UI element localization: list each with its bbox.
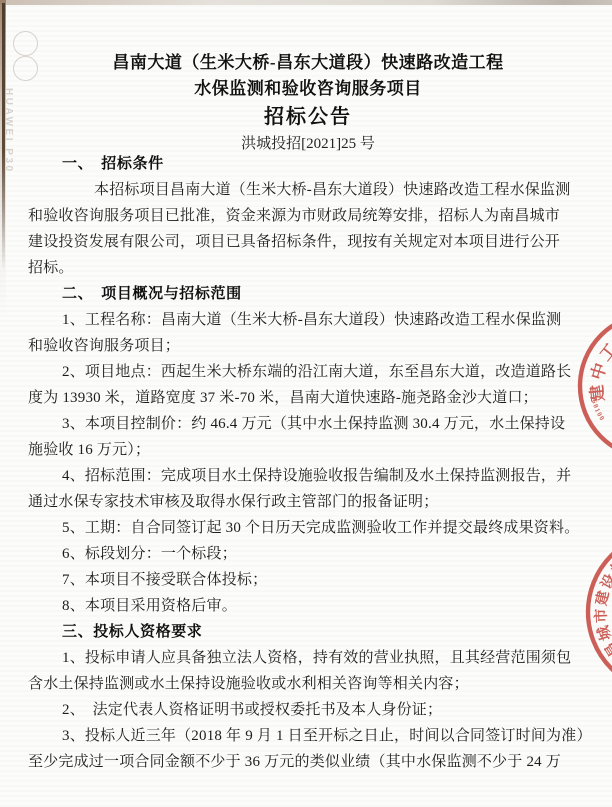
photo-edge-top [0,0,612,5]
announcement-title: 招标公告 [28,102,588,132]
text-line: 含水土保持监测或水土保持设施验收或水利相关咨询等相关内容； [28,671,588,697]
item-6-line: 6、标段划分：一个标段； [28,541,588,567]
red-circular-stamp: 昌城市建设投 [580,528,612,696]
item-2-line: 2、项目地点：西起生米大桥东端的沿江南大道，东至昌东大道，改造道路长 [28,359,588,385]
item-7-line: 7、本项目不接受联合体投标； [28,567,588,593]
item-1-line: 1、工程名称：昌南大道（生米大桥-昌东大道段）快速路改造工程水保监测 [28,307,588,333]
item-1-line: 1、投标申请人应具备独立法人资格，持有效的营业执照，且其经营范围须包 [28,645,588,671]
document-page: HUAWEI P30 LEICA TRIPLE CAMERA 昌南大道（生米大桥… [0,0,612,807]
item-2-line: 2、 法定代表人资格证明书或授权委托书及本人身份证； [28,697,588,723]
section-3-heading: 三、投标人资格要求 [28,619,588,645]
red-circular-stamp: 建中工 360100 [570,308,612,464]
item-3-line: 3、本项目控制价：约 46.4 万元（其中水土保持监测 30.4 万元，水土保持… [28,411,588,437]
item-8-line: 8、本项目采用资格后审。 [28,593,588,619]
text-line: 通过水保专家技术审核及取得水保行政主管部门的报备证明； [28,489,588,515]
document-title-line2: 水保监测和验收咨询服务项目 [28,76,588,102]
text-line: 度为 13930 米，道路宽度 37 米-70 米，昌南大道快速路-施尧路金沙大… [28,385,588,411]
stamp-graphic: 建中工 360100 [580,314,612,458]
text-line: 招标。 [28,255,588,281]
text-line: 和验收咨询服务项目； [28,333,588,359]
item-5-line: 5、工期：自合同签订起 30 个日历天完成监测验收工作并提交最终成果资料。 [28,515,588,541]
text-line: 至少完成过一项合同金额不少于 36 万元的类似业绩（其中水保监测不少于 24 万 [28,749,588,775]
document-title-line1: 昌南大道（生米大桥-昌东大道段）快速路改造工程 [28,50,588,76]
stamp-graphic: 昌城市建设投 [588,532,612,692]
document-content: 昌南大道（生米大桥-昌东大道段）快速路改造工程 水保监测和验收咨询服务项目 招标… [28,50,588,775]
section-2-heading: 二、 项目概况与招标范围 [28,281,588,307]
text-line: 和验收咨询服务项目已批准，资金来源为市财政局统筹安排，招标人为南昌城市 [28,203,588,229]
text-line: 本招标项目昌南大道（生米大桥-昌东大道段）快速路改造工程水保监测 [28,177,588,203]
watermark-brand-line: HUAWEI P30 [2,88,15,266]
text-line: 建设投资发展有限公司，项目已具备招标条件，现按有关规定对本项目进行公开 [28,229,588,255]
item-4-line: 4、招标范围：完成项目水土保持设施验收报告编制及水土保持监测报告，并 [28,463,588,489]
text-line: 施验收 16 万元）； [28,437,588,463]
item-3-line: 3、投标人近三年（2018 年 9 月 1 日至开标之日止，时间以合同签订时间为… [28,723,588,749]
document-body: 一、 招标条件 本招标项目昌南大道（生米大桥-昌东大道段）快速路改造工程水保监测… [28,151,588,775]
